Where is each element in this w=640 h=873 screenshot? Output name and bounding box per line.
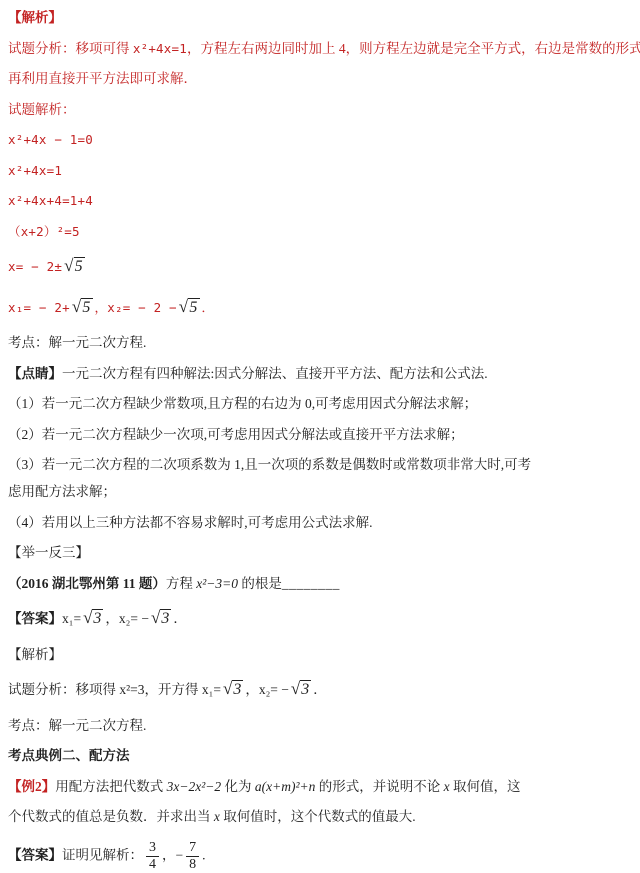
equation-3: x²+4x+4=1+4	[8, 190, 630, 211]
radical-sign: √	[151, 608, 160, 627]
solution-expr: x= − 2±	[8, 259, 62, 274]
radicand: 3	[300, 680, 311, 698]
practice-answer: 【答案】x₁=√3，x₂= −√3．	[8, 603, 630, 634]
example2-label: 【例2】	[8, 779, 55, 794]
sqrt3-radical: √3	[83, 610, 103, 627]
sqrt5-radical: √5	[64, 258, 85, 275]
answer-period: ．	[173, 611, 187, 626]
example2-text1: 用配方法把代数式	[55, 779, 166, 794]
radicand: 3	[92, 609, 103, 627]
radical-sign: √	[223, 679, 232, 698]
analysis-intro-post: ，方程左右两边同时加上 4，则方程左边就是完全平方式，右边是常数的形式，	[187, 41, 640, 56]
example2-answer-text: 证明见解析：	[62, 848, 143, 863]
answer-label: 【答案】	[8, 848, 62, 863]
tips-item-1: （1）若一元二次方程缺少常数项,且方程的右边为 0,可考虑用因式分解法求解；	[8, 393, 630, 414]
practice-question: （2016 湖北鄂州第 11 题）方程 x²−3=0 的根是________	[8, 573, 630, 594]
sqrt3-radical: √3	[151, 610, 171, 627]
practice-explanation: 试题分析：移项得 x²=3，开方得 x₁=√3，x₂= −√3．	[8, 674, 630, 705]
root2-expr: x₂= − 2 −	[107, 300, 177, 315]
practice-analysis-header: 【解析】	[8, 644, 630, 665]
roots-period: ．	[202, 300, 215, 315]
answer-separator: ，	[105, 611, 119, 626]
example2-line2: 个代数式的值总是负数．并求出当 x 取何值时，这个代数式的值最大.	[8, 806, 630, 827]
radicand: 3	[160, 609, 171, 627]
fraction-three-fourths: 34	[146, 840, 159, 873]
tips-item-3-line1: （3）若一元二次方程的二次项系数为 1,且一次项的系数是偶数时或常数项非常大时,…	[8, 454, 630, 475]
sqrt5-radical: √5	[72, 299, 93, 316]
section-title-example2: 考点典例二、配方法	[8, 745, 630, 766]
example2-line1: 【例2】用配方法把代数式 3x−2x²−2 化为 a(x+m)²+n 的形式，并…	[8, 776, 630, 797]
radical-sign: √	[72, 297, 82, 316]
sqrt5-radical: √5	[179, 299, 200, 316]
question-math: x²−3=0	[196, 576, 238, 591]
question-post: 的根是	[238, 576, 282, 591]
equation-1: x²+4x − 1=0	[8, 129, 630, 150]
exam-point-2: 考点：解一元二次方程.	[8, 715, 630, 736]
example2-line2-b: 取何值时，这个代数式的值最大.	[220, 809, 416, 824]
question-source: （2016 湖北鄂州第 11 题）	[8, 576, 166, 591]
analysis-header: 【解析】	[8, 7, 630, 28]
equation-roots: x₁= − 2+√5，x₂= − 2 −√5．	[8, 292, 630, 323]
analysis-intro-line2: 再利用直接开平方法即可求解．	[8, 68, 630, 89]
analysis-intro-math: x²+4x=1	[133, 41, 187, 56]
example2-answer: 【答案】证明见解析：34，−78.	[8, 840, 630, 873]
answer-blank: ________	[282, 576, 340, 591]
radicand: 3	[232, 680, 243, 698]
equation-solution: x= − 2±√5	[8, 251, 630, 282]
fraction-seven-eighths: 78	[186, 840, 199, 873]
answer-separator: ，	[162, 848, 176, 863]
radical-sign: √	[179, 297, 189, 316]
radicand: 5	[81, 298, 92, 316]
tips-item-2: （2）若一元二次方程缺少一次项,可考虑用因式分解法或直接开平方法求解；	[8, 424, 630, 445]
tips-item-3-line2: 虑用配方法求解；	[8, 481, 630, 502]
fraction-numerator: 7	[186, 840, 199, 857]
example2-text2: 化为	[221, 779, 255, 794]
fraction-numerator: 3	[146, 840, 159, 857]
radical-sign: √	[64, 256, 74, 275]
example2-text3: 的形式，并说明不论	[315, 779, 443, 794]
sqrt3-radical: √3	[223, 681, 243, 698]
equation-4: （x+2）²=5	[8, 221, 630, 242]
fraction-denominator: 8	[186, 857, 199, 873]
answer-x1: x₁=	[62, 611, 81, 626]
radicand: 5	[188, 298, 199, 316]
document-page: 【解析】 试题分析：移项可得 x²+4x=1，方程左右两边同时加上 4，则方程左…	[0, 0, 640, 873]
radicand: 5	[74, 257, 85, 275]
example2-math1: 3x−2x²−2	[167, 779, 222, 794]
equation-2: x²+4x=1	[8, 160, 630, 181]
tips-text: 一元二次方程有四种解法:因式分解法、直接开平方法、配方法和公式法.	[62, 366, 488, 381]
answer-x2: x₂= −	[119, 611, 149, 626]
practice-header: 【举一反三】	[8, 542, 630, 563]
analysis-intro-line1: 试题分析：移项可得 x²+4x=1，方程左右两边同时加上 4，则方程左边就是完全…	[8, 38, 630, 59]
explanation-period: ．	[313, 682, 327, 697]
answer-label: 【答案】	[8, 611, 62, 626]
example2-text4: 取何值，这	[450, 779, 521, 794]
roots-separator: ，	[95, 300, 108, 315]
analysis-intro-pre: 试题分析：移项可得	[8, 41, 133, 56]
answer-period: .	[202, 848, 205, 863]
explanation-pre: 试题分析：移项得 x²=3，开方得 x₁=	[8, 682, 221, 697]
radical-sign: √	[291, 679, 300, 698]
analysis-steps-label: 试题解析：	[8, 99, 630, 120]
fraction-denominator: 4	[146, 857, 159, 873]
example2-math2: a(x+m)²+n	[255, 779, 316, 794]
sqrt3-radical: √3	[291, 681, 311, 698]
root1-expr: x₁= − 2+	[8, 300, 70, 315]
exam-point-1: 考点：解一元二次方程.	[8, 332, 630, 353]
negative-sign: −	[176, 848, 184, 863]
tips-label: 【点睛】	[8, 366, 62, 381]
tips-item-4: （4）若用以上三种方法都不容易求解时,可考虑用公式法求解.	[8, 512, 630, 533]
explanation-mid: ，x₂= −	[245, 682, 289, 697]
question-pre: 方程	[166, 576, 196, 591]
tips-line: 【点睛】一元二次方程有四种解法:因式分解法、直接开平方法、配方法和公式法.	[8, 363, 630, 384]
example2-line2-a: 个代数式的值总是负数．并求出当	[8, 809, 214, 824]
